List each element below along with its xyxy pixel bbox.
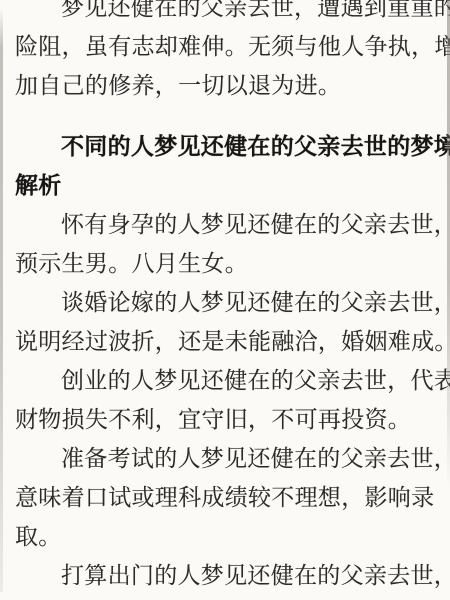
text-line: 取。 (15, 517, 435, 556)
text-line: 打算出门的人梦见还健在的父亲去世， (15, 556, 435, 595)
text-line: 怀有身孕的人梦见还健在的父亲去世， (15, 205, 435, 244)
text-line: 梦见还健在的父亲去世，遭遇到重重的 (15, 0, 435, 27)
text-line: 险阻，虽有志却难伸。无须与他人争执，增 (15, 27, 435, 66)
section-heading: 不同的人梦见还健在的父亲去世的梦境解析 (15, 127, 435, 205)
text-line: 准备考试的人梦见还健在的父亲去世， (15, 439, 435, 478)
text-line: 加自己的修养，一切以退为进。 (15, 66, 435, 105)
text-line: 预示生男。八月生女。 (15, 244, 435, 283)
text-line: 创业的人梦见还健在的父亲去世，代表 (15, 361, 435, 400)
paragraph: 打算出门的人梦见还健在的父亲去世， (15, 556, 435, 595)
text-line: 财物损失不利，宜守旧，不可再投资。 (15, 400, 435, 439)
text-line: 意味着口试或理科成绩较不理想，影响录 (15, 478, 435, 517)
text-line: 谈婚论嫁的人梦见还健在的父亲去世， (15, 283, 435, 322)
text-line: 不同的人梦见还健在的父亲去世的梦境 (15, 127, 435, 166)
left-edge-shadow (0, 8, 3, 592)
paragraph: 怀有身孕的人梦见还健在的父亲去世，预示生男。八月生女。 (15, 205, 435, 283)
paragraph: 准备考试的人梦见还健在的父亲去世，意味着口试或理科成绩较不理想，影响录取。 (15, 439, 435, 556)
text-line: 说明经过波折，还是未能融洽，婚姻难成。 (15, 322, 435, 361)
dream-interpretation-article: 梦见还健在的父亲去世，遭遇到重重的险阻，虽有志却难伸。无须与他人争执，增加自己的… (15, 0, 435, 595)
article-page: 梦见还健在的父亲去世，遭遇到重重的险阻，虽有志却难伸。无须与他人争执，增加自己的… (0, 0, 450, 600)
text-line: 解析 (15, 166, 435, 205)
paragraph: 梦见还健在的父亲去世，遭遇到重重的险阻，虽有志却难伸。无须与他人争执，增加自己的… (15, 0, 435, 105)
paragraph: 谈婚论嫁的人梦见还健在的父亲去世，说明经过波折，还是未能融洽，婚姻难成。 (15, 283, 435, 361)
paragraph: 创业的人梦见还健在的父亲去世，代表财物损失不利，宜守旧，不可再投资。 (15, 361, 435, 439)
